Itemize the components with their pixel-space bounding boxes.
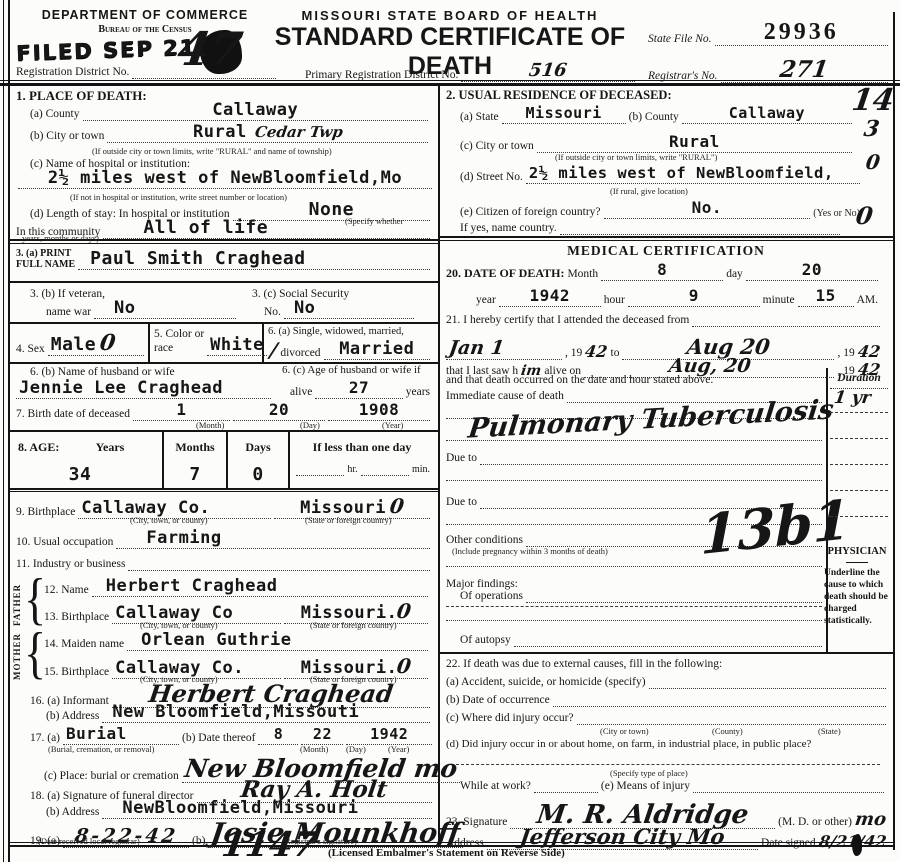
occupation-label: 10. Usual occupation — [16, 536, 113, 549]
department-line: DEPARTMENT OF COMMERCE — [20, 8, 270, 22]
birthdate-month: 1 — [176, 400, 186, 419]
primary-district-value: 516 — [528, 62, 568, 80]
age-months-header: Months — [164, 440, 226, 455]
external-c-label: (c) Where did injury occur? — [446, 712, 574, 725]
mother-side-label: MOTHER — [12, 632, 22, 680]
board-line: MISSOURI STATE BOARD OF HEALTH — [270, 8, 630, 23]
father-brace: { — [24, 573, 46, 625]
father-note-2: (State or foreign country) — [310, 620, 397, 630]
divider — [893, 12, 895, 850]
race-label-2: race — [154, 342, 204, 356]
primary-district-label: Primary Registration District No. — [305, 69, 458, 82]
marital-label-2: divorced — [280, 347, 320, 360]
divider — [10, 322, 438, 324]
external-a-field — [649, 685, 886, 689]
birthplace-handwriting: 0 — [389, 496, 406, 516]
dod-minute-value: 15 — [815, 286, 835, 305]
birthdate-row: 7. Birth date of deceased 1 20 1908 — [16, 402, 430, 421]
divider — [288, 430, 290, 488]
residence-country-label: If yes, name country. — [460, 222, 557, 235]
informant-address-label: (b) Address — [46, 710, 99, 723]
funeral-address-value: NewBloomfield,Missouri — [122, 798, 358, 818]
divider — [846, 562, 868, 563]
dod-ampm-label: AM. — [857, 294, 878, 307]
due-to-label-1: Due to — [446, 452, 477, 465]
pod-county-label: (a) County — [30, 108, 80, 121]
dod-minute-label: minute — [763, 294, 795, 307]
residence-city-label: (c) City or town — [460, 140, 534, 153]
residence-citizen-label: (e) Citizen of foreign country? — [460, 206, 601, 219]
immediate-cause-label: Immediate cause of death — [446, 390, 564, 403]
residence-citizen-note: (Yes or No) — [813, 208, 860, 219]
external-heading: 22. If death was due to external causes,… — [446, 658, 722, 671]
father-note-1: (City, town, or county) — [140, 620, 218, 630]
industry-field — [128, 567, 430, 571]
certify-text-1: 21. I hereby certify that I attended the… — [446, 314, 689, 327]
age-years-value: 34 — [40, 466, 120, 484]
sex-value: Male — [51, 334, 96, 355]
dod-day-label: day — [726, 268, 743, 281]
autopsy-label: Of autopsy — [460, 634, 511, 647]
age-label: 8. AGE: — [18, 440, 59, 455]
residence-street-row: (d) Street No. 2½ miles west of NewBloom… — [460, 166, 860, 184]
funeral-address-row: (b) Address NewBloomfield,Missouri — [46, 800, 432, 819]
residence-citizen-value: No. — [692, 198, 722, 217]
date-of-death-label: 20. DATE OF DEATH: — [446, 267, 564, 281]
date-signed-label: Date signed — [761, 837, 816, 850]
duration-line — [830, 516, 888, 517]
operations-row: Of operations — [460, 590, 822, 603]
divider — [10, 488, 438, 490]
residence-citizen-handwriting: 0 — [854, 204, 874, 228]
marital-row: / divorced Married — [270, 340, 430, 360]
residence-street-value: 2½ miles west of NewBloomfield, — [529, 164, 834, 182]
spouse-age-row: alive 27 years — [290, 380, 430, 399]
residence-city-value: Rural — [669, 132, 720, 151]
age-min-label: min. — [412, 464, 430, 476]
external-c-note-3: (State) — [818, 726, 841, 736]
date-of-death-row-2: year 1942 hour 9 minute 15 AM. — [476, 288, 878, 307]
pod-county-value: Callaway — [212, 100, 298, 120]
duration-line — [830, 464, 888, 465]
external-b-label: (b) Date of occurrence — [446, 694, 550, 707]
registrar-no-value: 271 — [779, 58, 830, 81]
while-at-work-label: While at work? — [460, 780, 531, 793]
registrar-no-label: Registrar's No. — [648, 70, 718, 83]
residence-city-note: (If outside city or town limits, write "… — [555, 152, 717, 162]
burial-month-note: (Month) — [300, 744, 328, 754]
race-label-1: 5. Color or — [154, 328, 204, 342]
divider — [0, 83, 900, 86]
divider — [440, 240, 893, 241]
external-d-note: (Specify type of place) — [610, 768, 688, 778]
registration-district-value: 47 — [175, 26, 245, 72]
father-birthplace-handwriting: 0 — [396, 601, 413, 621]
age-days-header: Days — [228, 440, 288, 455]
ssn-label-2: No. — [264, 306, 281, 319]
certify-row-1: 21. I hereby certify that I attended the… — [446, 314, 880, 327]
divider — [10, 430, 438, 432]
residence-city-row: (c) City or town Rural — [460, 134, 852, 153]
divider — [148, 322, 150, 362]
residence-country-row: If yes, name country. — [460, 222, 840, 235]
birthplace-note-2: (State or foreign country) — [305, 515, 392, 525]
birthplace-note-1: (City, town, or county) — [130, 515, 208, 525]
mother-birthplace-label: 15. Birthplace — [44, 666, 109, 679]
external-d-field — [456, 764, 880, 765]
sex-label: 4. Sex — [16, 343, 45, 356]
father-name-row: 12. Name Herbert Craghead — [44, 578, 428, 597]
received-note: (Date received local registrar) — [38, 836, 140, 846]
residence-street-note: (If rural, give location) — [610, 186, 688, 196]
physician-address-label: Address — [446, 837, 484, 850]
registration-district-label: Registration District No. — [16, 66, 129, 79]
occupation-row: 10. Usual occupation Farming — [16, 530, 430, 549]
physician-address-row: Address Jefferson City Mo Date signed 8/… — [446, 826, 886, 850]
pod-community-note: years, months or days) — [22, 233, 99, 243]
residence-state-county-row: (a) State Missouri (b) County Callaway — [460, 106, 852, 124]
age-hr-field — [296, 472, 344, 476]
footer-number-handwriting: 1147 — [220, 828, 319, 862]
burial-label: 17. (a) — [30, 732, 60, 745]
burial-value: Burial — [66, 724, 127, 743]
dod-year-value: 1942 — [530, 286, 571, 305]
spouse-age-label-2: alive — [290, 386, 312, 399]
external-c-note-1: (City or town) — [600, 726, 649, 736]
dod-hour-value: 9 — [689, 286, 699, 305]
external-b-row: (b) Date of occurrence — [446, 694, 886, 707]
external-a-label: (a) Accident, suicide, or homicide (spec… — [446, 676, 646, 689]
medical-certification-heading: MEDICAL CERTIFICATION — [446, 243, 886, 259]
informant-address-value: New Bloomfield,Missouti — [112, 702, 359, 722]
other-conditions-note: (Include pregnancy within 3 months of de… — [452, 546, 608, 556]
state-file-value: 29936 — [764, 19, 839, 45]
mother-brace: { — [24, 627, 46, 679]
duration-line — [830, 388, 888, 389]
physician-note: Underline the cause to which death shoul… — [824, 568, 890, 627]
age-months-value: 7 — [164, 466, 226, 484]
dod-day-value: 20 — [802, 260, 822, 279]
means-of-injury-field — [693, 789, 884, 793]
informant-address-row: (b) Address New Bloomfield,Missouti — [46, 704, 430, 723]
pod-hospital-value: 2½ miles west of NewBloomfield,Mo — [48, 168, 402, 188]
sex-row: 4. Sex Male 0 — [16, 332, 144, 356]
mother-name-label: 14. Maiden name — [44, 638, 124, 651]
occurred-text: and that death occurred on the date and … — [446, 374, 713, 387]
means-of-injury-label: (e) Means of injury — [601, 780, 690, 793]
father-name-label: 12. Name — [44, 584, 89, 597]
pod-city-value: Rural — [193, 122, 247, 142]
residence-county-label: (b) County — [629, 111, 679, 124]
ssn-row: No. No — [264, 300, 414, 319]
state-file-label: State File No. — [648, 33, 712, 46]
race-value: White — [210, 335, 264, 355]
sex-handwriting: 0 — [99, 332, 117, 354]
residence-citizen-row: (e) Citizen of foreign country? No. (Yes… — [460, 200, 860, 219]
birthdate-label: 7. Birth date of deceased — [16, 408, 130, 421]
fullname-label-1: 3. (a) PRINT — [16, 248, 75, 259]
age-less-header: If less than one day — [292, 440, 432, 455]
divider — [10, 491, 438, 492]
external-d-label: (d) Did injury occur in or about home, o… — [446, 738, 811, 751]
findings-line-2 — [446, 620, 822, 621]
spouse-age-value: 27 — [349, 378, 369, 397]
birthdate-day: 20 — [269, 400, 289, 419]
divider — [440, 652, 893, 654]
burial-row: 17. (a) Burial (b) Date thereof 8 22 194… — [30, 726, 432, 745]
duration-line — [830, 490, 888, 491]
immediate-cause-handwriting: Pulmonary Tuberculosis — [467, 396, 836, 442]
physician-label: PHYSICIAN — [824, 546, 890, 557]
operations-label: Of operations — [460, 590, 523, 603]
marital-value: Married — [339, 339, 414, 359]
age-days-value: 0 — [228, 466, 288, 484]
other-line — [446, 566, 822, 567]
autopsy-field — [514, 643, 822, 647]
findings-line-1 — [446, 606, 822, 607]
duration-header: Duration — [828, 372, 890, 384]
residence-state-value: Missouri — [526, 104, 602, 122]
burial-year-note: (Year) — [388, 744, 409, 754]
divider — [3, 0, 4, 862]
marital-handwriting: / — [269, 340, 279, 360]
race-row: 5. Color or race White — [154, 328, 258, 356]
residence-street-label: (d) Street No. — [460, 171, 523, 184]
birthplace-label: 9. Birthplace — [16, 506, 75, 519]
dod-month-value: 8 — [657, 260, 667, 279]
margin-code-1: 14 — [850, 86, 896, 116]
certify-field-1 — [692, 323, 880, 327]
pod-city-label: (b) City or town — [30, 130, 104, 143]
residence-county-value: Callaway — [729, 104, 805, 122]
father-birthplace-label: 13. Birthplace — [44, 611, 109, 624]
burial-day-note: (Day) — [346, 744, 366, 754]
age-min-field — [361, 472, 409, 476]
pod-county-row: (a) County Callaway — [30, 102, 428, 121]
due-line-1 — [446, 480, 822, 481]
mother-name-row: 14. Maiden name Orlean Guthrie — [44, 632, 428, 651]
fullname-row: 3. (a) PRINT FULL NAME Paul Smith Craghe… — [16, 248, 430, 270]
operations-field — [526, 599, 822, 603]
burial-month: 8 — [274, 725, 284, 743]
residence-state-label: (a) State — [460, 111, 499, 124]
pod-community-value: All of life — [143, 217, 268, 238]
birthdate-year-note: (Year) — [382, 420, 403, 430]
registrar-sig-label: (b) — [192, 835, 205, 848]
divider — [10, 281, 438, 283]
duration-line — [830, 438, 888, 439]
dod-hour-label: hour — [604, 294, 625, 307]
external-e-row: While at work? (e) Means of injury — [460, 780, 884, 793]
residence-heading: 2. USUAL RESIDENCE OF DECEASED: — [446, 88, 672, 103]
ink-mark — [852, 834, 862, 856]
fullname-label-2: FULL NAME — [16, 259, 75, 270]
burial-year: 1942 — [370, 725, 408, 743]
residence-country-field — [560, 231, 840, 235]
due-to-label-2: Due to — [446, 496, 477, 509]
mother-birthplace-handwriting: 0 — [396, 656, 413, 676]
death-certificate: DEPARTMENT OF COMMERCE Bureau of the Cen… — [0, 0, 900, 862]
physician-address-handwriting: Jefferson City Mo — [519, 826, 727, 847]
primary-district-row: Primary Registration District No. 516 — [305, 62, 635, 82]
duration-handwriting: 1 yr — [833, 390, 872, 407]
divider — [10, 243, 438, 244]
birthdate-year: 1908 — [359, 400, 400, 419]
father-side-label: FATHER — [12, 578, 22, 626]
pod-city-note: (If outside city or town limits, write "… — [92, 146, 332, 156]
age-hr-min-row: hr. min. — [296, 464, 430, 476]
spouse-age-label: 6. (c) Age of husband or wife if — [282, 364, 421, 377]
divider — [440, 236, 893, 238]
external-c-field — [577, 721, 886, 725]
marital-label-1: 6. (a) Single, widowed, married, — [268, 326, 404, 338]
margin-code-2: 3 — [862, 118, 880, 140]
age-years-header: Years — [70, 440, 150, 455]
external-b-field — [553, 703, 886, 707]
pod-city-handwriting: Cedar Twp — [254, 125, 344, 140]
spouse-age-suffix: years — [406, 386, 430, 399]
autopsy-row: Of autopsy — [460, 634, 822, 647]
birthdate-day-note: (Day) — [300, 420, 320, 430]
industry-row: 11. Industry or business — [16, 558, 430, 571]
registrar-no-row: Registrar's No. 271 — [648, 58, 888, 83]
margin-code-3: 0 — [865, 152, 882, 172]
due-to-row-1: Due to — [446, 452, 822, 465]
pod-hospital-row: 2½ miles west of NewBloomfield,Mo — [18, 170, 432, 189]
spouse-row: Jennie Lee Craghead — [16, 380, 271, 399]
veteran-row: name war No — [46, 300, 236, 319]
attended-from-handwriting: Jan 1 — [448, 339, 506, 358]
occupation-value: Farming — [146, 528, 221, 548]
spouse-value: Jennie Lee Craghead — [19, 378, 223, 398]
fullname-value: Paul Smith Craghead — [90, 248, 305, 269]
external-c-row: (c) Where did injury occur? — [446, 712, 886, 725]
dod-year-label: year — [476, 294, 496, 307]
pod-city-row: (b) City or town Rural Cedar Twp — [30, 124, 428, 143]
attended-to-handwriting: Aug 20 — [686, 336, 772, 357]
mother-name-value: Orlean Guthrie — [141, 630, 291, 650]
funeral-address-label: (b) Address — [46, 806, 99, 819]
divider — [438, 84, 440, 846]
state-file-row: State File No. 29936 — [648, 20, 888, 46]
veteran-value: No — [114, 298, 135, 318]
burial-day: 22 — [313, 725, 332, 743]
external-a-row: (a) Accident, suicide, or homicide (spec… — [446, 676, 886, 689]
date-of-death-row-1: 20. DATE OF DEATH: Month 8 day 20 — [446, 262, 878, 281]
duration-line — [830, 412, 888, 413]
ssn-value: No — [294, 298, 315, 318]
birthdate-month-note: (Month) — [196, 420, 224, 430]
burial-note: (Burial, cremation, or removal) — [48, 744, 154, 754]
external-c-note-2: (County) — [712, 726, 743, 736]
veteran-label-2: name war — [46, 306, 91, 319]
age-hr-label: hr. — [347, 464, 357, 476]
while-at-work-field — [534, 789, 598, 793]
father-name-value: Herbert Craghead — [106, 576, 278, 596]
burial-date-label: (b) Date thereof — [182, 732, 255, 745]
dod-month-label: Month — [567, 268, 598, 281]
due-to-field-1 — [480, 461, 822, 465]
